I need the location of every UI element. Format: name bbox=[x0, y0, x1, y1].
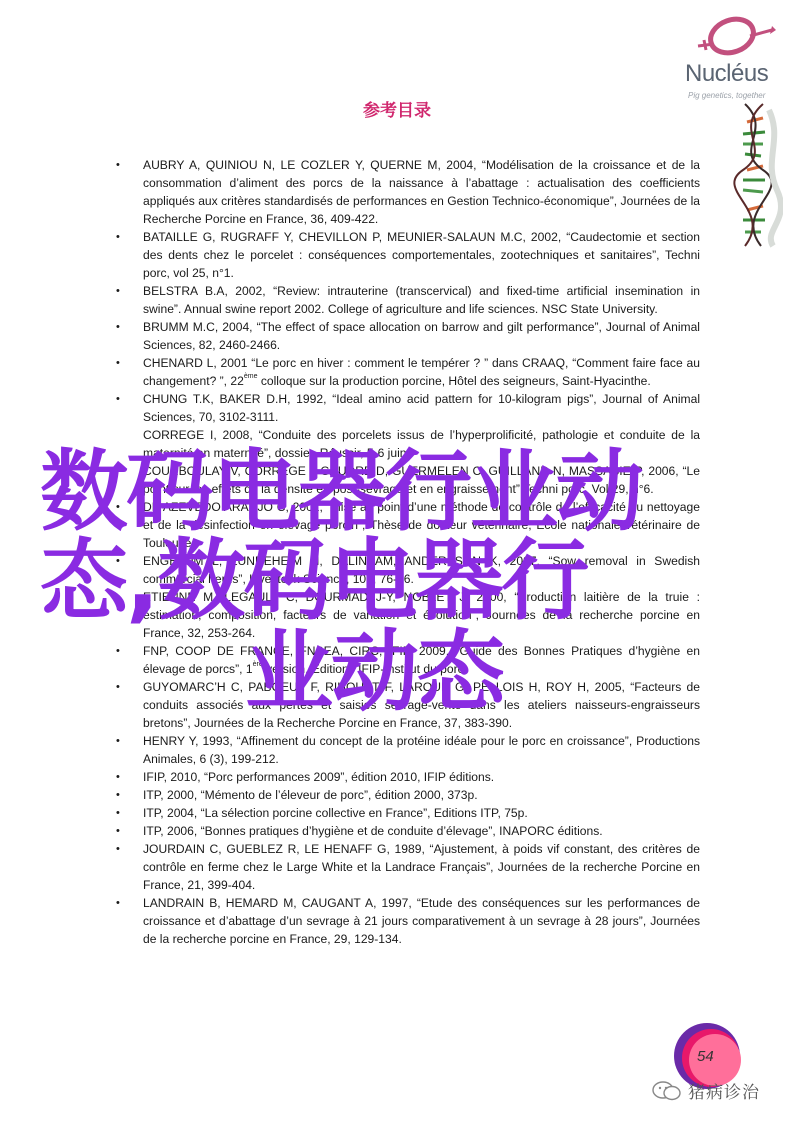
reference-list: •AUBRY A, QUINIOU N, LE COZLER Y, QUERNE… bbox=[115, 156, 700, 948]
superscript: ème bbox=[244, 373, 258, 380]
bullet-icon: • bbox=[116, 768, 120, 786]
bullet-icon: • bbox=[116, 156, 120, 174]
list-item: •BELSTRA B.A, 2002, “Review: intrauterin… bbox=[115, 282, 700, 318]
reference-text: HENRY Y, 1993, “Affinement du concept de… bbox=[143, 734, 700, 766]
reference-text: BRUMM M.C, 2004, “The effect of space al… bbox=[143, 320, 700, 352]
bullet-icon: • bbox=[116, 804, 120, 822]
reference-text: GUYOMARC’H C, PABOEUF F, RIHOUET F, LARO… bbox=[143, 680, 700, 730]
list-item: •CHENARD L, 2001 “Le porc en hiver : com… bbox=[115, 354, 700, 390]
reference-text: version, Editions IFIP-Institut du porc. bbox=[263, 662, 467, 676]
bullet-icon: • bbox=[116, 678, 120, 696]
page-number: 54 bbox=[697, 1048, 714, 1065]
bullet-icon: • bbox=[116, 732, 120, 750]
list-item: •DE AZEVEDO ARAUJO C, 2002, “Mise au poi… bbox=[115, 498, 700, 552]
list-item: •JOURDAIN C, GUEBLEZ R, LE HENAFF G, 198… bbox=[115, 840, 700, 894]
bullet-icon: • bbox=[116, 228, 120, 246]
list-item: •ITP, 2004, “La sélection porcine collec… bbox=[115, 804, 700, 822]
bullet-icon: • bbox=[116, 354, 120, 372]
reference-text: BATAILLE G, RUGRAFF Y, CHEVILLON P, MEUN… bbox=[143, 230, 700, 280]
list-item: •ITP, 2006, “Bonnes pratiques d’hygiène … bbox=[115, 822, 700, 840]
bullet-icon: • bbox=[116, 840, 120, 858]
reference-text: ETIENNE M, LEGAULT C, DOURMAD J-Y, NOBLE… bbox=[143, 590, 700, 640]
reference-text: CHUNG T.K, BAKER D.H, 1992, “Ideal amino… bbox=[143, 392, 700, 424]
bullet-icon: • bbox=[116, 498, 120, 516]
nucleus-logo: Nucléus Pig genetics, together bbox=[680, 14, 780, 94]
reference-text: JOURDAIN C, GUEBLEZ R, LE HENAFF G, 1989… bbox=[143, 842, 700, 892]
bullet-icon: • bbox=[116, 822, 120, 840]
bullet-icon: • bbox=[116, 642, 120, 660]
bullet-icon: • bbox=[116, 318, 120, 336]
list-item: •IFIP, 2010, “Porc performances 2009”, é… bbox=[115, 768, 700, 786]
list-item: •HENRY Y, 1993, “Affinement du concept d… bbox=[115, 732, 700, 768]
list-item: •CHUNG T.K, BAKER D.H, 1992, “Ideal amin… bbox=[115, 390, 700, 426]
list-item: •ETIENNE M, LEGAULT C, DOURMAD J-Y, NOBL… bbox=[115, 588, 700, 642]
bullet-icon: • bbox=[116, 894, 120, 912]
watermark: 猪病诊治 bbox=[652, 1078, 760, 1103]
wechat-icon bbox=[652, 1080, 682, 1102]
reference-text: colloque sur la production porcine, Hôte… bbox=[257, 374, 650, 388]
reference-text: ITP, 2004, “La sélection porcine collect… bbox=[143, 806, 528, 820]
bullet-icon: • bbox=[116, 390, 120, 408]
list-item: •ENGBLOM L, LUNDEHEIM N, DALIN AM, ANDER… bbox=[115, 552, 700, 588]
reference-text: DE AZEVEDO ARAUJO C, 2002, “Mise au poin… bbox=[143, 500, 700, 550]
bullet-icon: • bbox=[116, 588, 120, 606]
list-item: •FNP, COOP DE FRANCE, FNSEA, CIRC, IFIP,… bbox=[115, 642, 700, 678]
reference-text: IFIP, 2010, “Porc performances 2009”, éd… bbox=[143, 770, 494, 784]
page-title: 参考目录 bbox=[0, 96, 794, 121]
reference-text: ENGBLOM L, LUNDEHEIM N, DALIN AM, ANDERS… bbox=[143, 554, 700, 586]
reference-text: COURBOULAY V, CORREGE I, GAUDRE D, GUERM… bbox=[143, 464, 700, 496]
bullet-icon: • bbox=[116, 786, 120, 804]
dna-helix-icon bbox=[733, 100, 783, 250]
reference-text: BELSTRA B.A, 2002, “Review: intrauterine… bbox=[143, 284, 700, 316]
list-item: •LANDRAIN B, HEMARD M, CAUGANT A, 1997, … bbox=[115, 894, 700, 948]
list-item: •AUBRY A, QUINIOU N, LE COZLER Y, QUERNE… bbox=[115, 156, 700, 228]
bullet-icon: • bbox=[116, 552, 120, 570]
reference-text: AUBRY A, QUINIOU N, LE COZLER Y, QUERNE … bbox=[143, 158, 700, 226]
nucleus-logo-icon bbox=[688, 14, 776, 60]
list-item: •BATAILLE G, RUGRAFF Y, CHEVILLON P, MEU… bbox=[115, 228, 700, 282]
superscript: ère bbox=[253, 661, 263, 668]
watermark-text: 猪病诊治 bbox=[688, 1078, 760, 1103]
reference-text: ITP, 2000, “Mémento de l’éleveur de porc… bbox=[143, 788, 478, 802]
bullet-icon: • bbox=[116, 462, 120, 480]
reference-text: LANDRAIN B, HEMARD M, CAUGANT A, 1997, “… bbox=[143, 896, 700, 946]
reference-text: ITP, 2006, “Bonnes pratiques d’hygiène e… bbox=[143, 824, 603, 838]
list-item: •BRUMM M.C, 2004, “The effect of space a… bbox=[115, 318, 700, 354]
reference-text: CORREGE I, 2008, “Conduite des porcelets… bbox=[143, 428, 700, 460]
list-item: •ITP, 2000, “Mémento de l’éleveur de por… bbox=[115, 786, 700, 804]
list-item: •COURBOULAY V, CORREGE I, GAUDRE D, GUER… bbox=[115, 462, 700, 498]
logo-name: Nucléus bbox=[685, 60, 768, 88]
list-item: •GUYOMARC’H C, PABOEUF F, RIHOUET F, LAR… bbox=[115, 678, 700, 732]
bullet-icon: • bbox=[116, 282, 120, 300]
list-item: CORREGE I, 2008, “Conduite des porcelets… bbox=[115, 426, 700, 462]
